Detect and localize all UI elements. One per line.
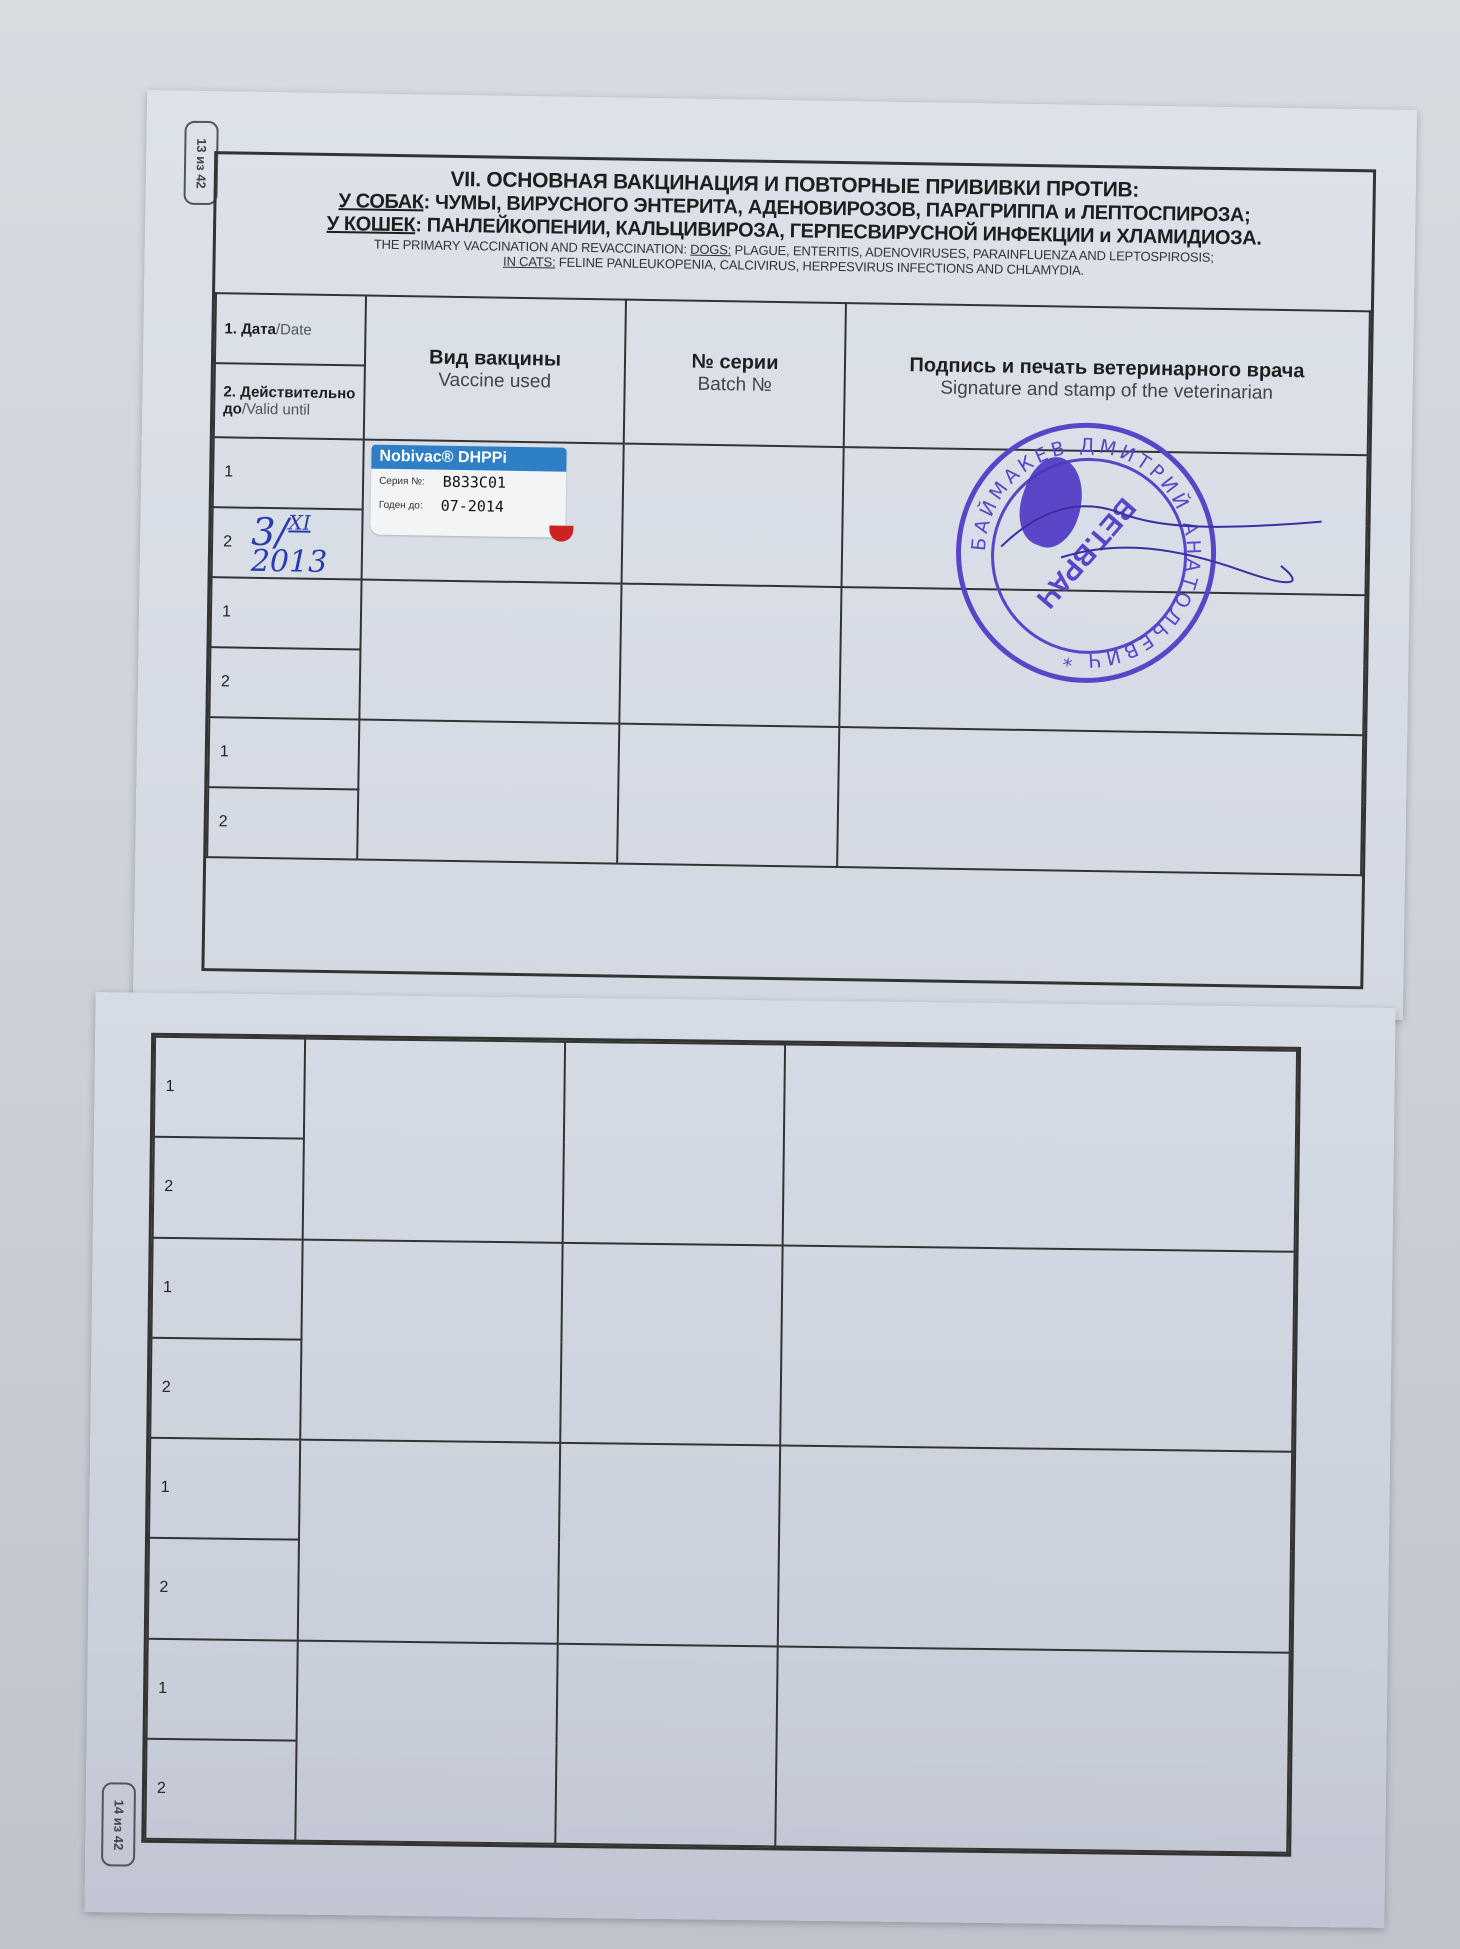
- valid-until-cell[interactable]: 2: [148, 1538, 299, 1640]
- vaccine-cell[interactable]: [298, 1440, 560, 1644]
- valid-until-cell[interactable]: 2: [145, 1739, 296, 1841]
- vaccine-cell[interactable]: [303, 1039, 565, 1243]
- vaccine-sticker: Nobivac® DHPPi Серия №:B833C01 Годен до:…: [370, 445, 566, 538]
- series-label: Серия №:: [379, 475, 425, 487]
- vaccine-cell[interactable]: Nobivac® DHPPi Серия №:B833C01 Годен до:…: [362, 440, 624, 584]
- batch-cell[interactable]: [622, 444, 844, 587]
- date-cell[interactable]: 1: [213, 437, 364, 509]
- series-value: B833C01: [443, 473, 506, 492]
- signature-cell[interactable]: [783, 1045, 1297, 1252]
- vaccination-form: VII. ОСНОВНАЯ ВАКЦИНАЦИЯ И ПОВТОРНЫЕ ПРИ…: [201, 151, 1376, 989]
- vaccine-header: Вид вакциныVaccine used: [364, 296, 626, 444]
- page-number-badge: 14 из 42: [101, 1782, 136, 1866]
- valid-until-cell[interactable]: 2: [207, 787, 358, 859]
- batch-cell[interactable]: [558, 1443, 780, 1646]
- veterinarian-stamp: БАЙМАКЕВ ДМИТРИЙ АНАТОЛЬЕВИЧ * ВЕТ.ВРАЧ: [954, 421, 1218, 685]
- date-cell[interactable]: 1: [210, 577, 361, 649]
- date-cell[interactable]: 1: [208, 717, 359, 789]
- batch-header: № серииBatch №: [624, 300, 846, 447]
- vaccine-cell[interactable]: [359, 580, 621, 724]
- sticker-corner-mark: [549, 525, 573, 541]
- vaccination-form-continued: 1 2 1 2 1 2 1 2: [141, 1033, 1301, 1857]
- signature-cell[interactable]: [775, 1646, 1289, 1853]
- signature-cell[interactable]: [837, 727, 1363, 875]
- valid-until-cell[interactable]: 2: [209, 647, 360, 719]
- batch-cell[interactable]: [617, 724, 839, 867]
- batch-cell[interactable]: [563, 1042, 785, 1245]
- valid-until-cell[interactable]: 2: [153, 1137, 304, 1239]
- date-cell[interactable]: 1: [149, 1438, 300, 1540]
- vaccine-cell[interactable]: [300, 1239, 562, 1443]
- batch-cell[interactable]: [619, 584, 841, 727]
- vaccine-cell[interactable]: [295, 1640, 557, 1844]
- date-cell[interactable]: 1: [151, 1237, 302, 1339]
- date-cell[interactable]: 1: [147, 1638, 298, 1740]
- date-cell[interactable]: 1: [154, 1037, 305, 1139]
- expiry-label: Годен до:: [379, 499, 423, 511]
- signature-cell[interactable]: [778, 1445, 1292, 1652]
- vaccine-cell[interactable]: [357, 719, 619, 863]
- valid-until-cell[interactable]: 2: [150, 1338, 301, 1440]
- signature-stroke: [981, 466, 1343, 592]
- batch-cell[interactable]: [555, 1643, 777, 1846]
- section-header: VII. ОСНОВНАЯ ВАКЦИНАЦИЯ И ПОВТОРНЫЕ ПРИ…: [215, 154, 1373, 282]
- expiry-value: 07-2014: [441, 497, 504, 516]
- signature-cell[interactable]: [780, 1245, 1294, 1452]
- date-header: 1. Дата/Date: [215, 293, 366, 365]
- sticker-brand: Nobivac® DHPPi: [371, 445, 566, 472]
- vaccination-table: 1 2 1 2 1 2 1 2: [144, 1036, 1298, 1854]
- valid-until-header: 2. Действительно до/Valid until: [214, 363, 365, 439]
- batch-cell[interactable]: [560, 1242, 782, 1445]
- left-page-13: 13 из 42 VII. ОСНОВНАЯ ВАКЦИНАЦИЯ И ПОВТ…: [133, 90, 1417, 1020]
- handwritten-date: 3/XI 2013: [251, 510, 328, 580]
- right-page-14: 14 из 42 1 2 1 2 1 2 1 2: [84, 992, 1395, 1928]
